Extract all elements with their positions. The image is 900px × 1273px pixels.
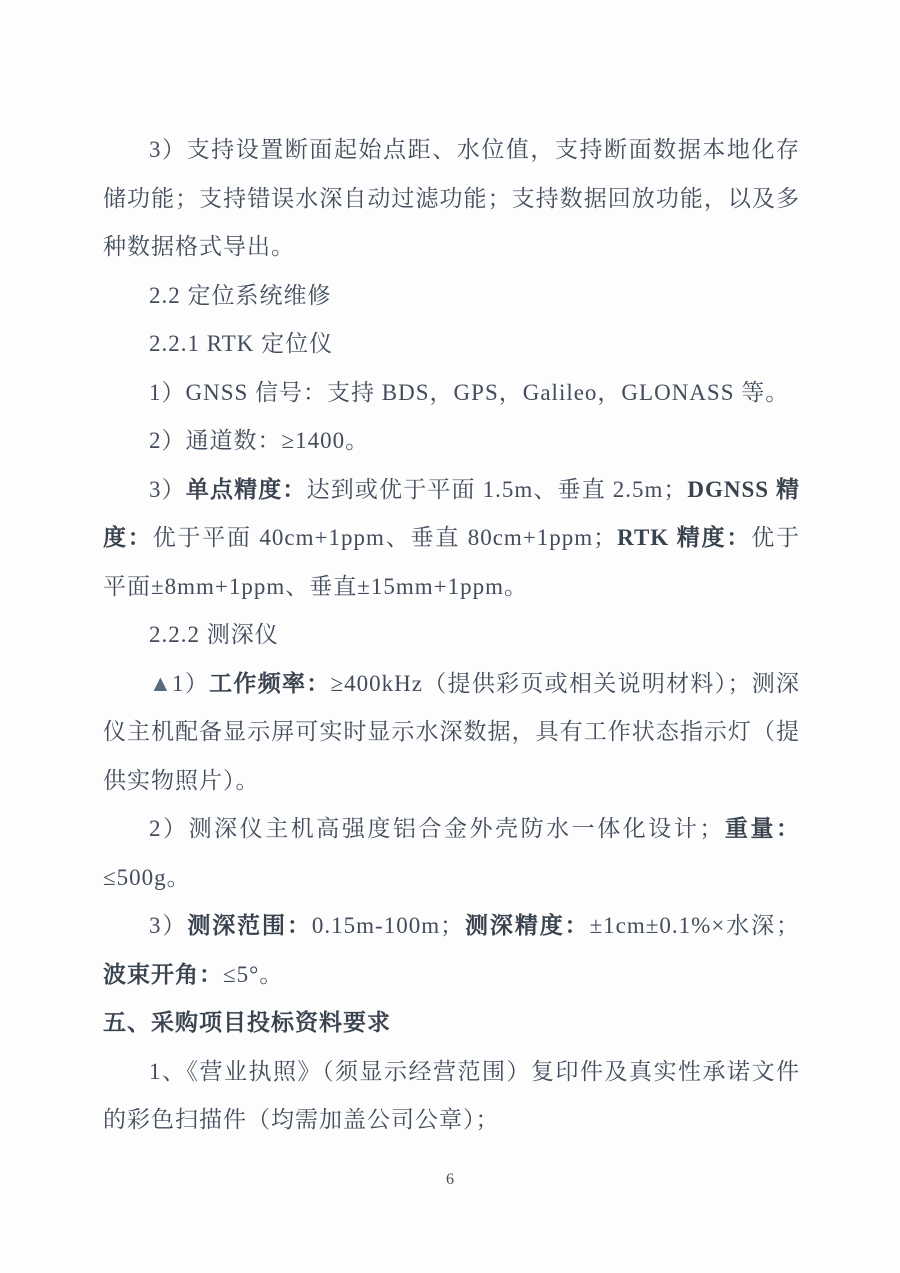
text-run: 2）通道数：≥1400。 bbox=[149, 428, 369, 453]
para-working-frequency: ▲1）工作频率：≥400kHz（提供彩页或相关说明材料）；测深仪主机配备显示屏可… bbox=[103, 660, 800, 806]
bold-label-working-frequency: 工作频率： bbox=[209, 671, 330, 696]
black-triangle-icon: ▲ bbox=[149, 671, 172, 696]
para-business-license: 1、《营业执照》（须显示经营范围）复印件及真实性承诺文件的彩色扫描件（均需加盖公… bbox=[103, 1048, 800, 1145]
bold-label-depth-range: 测深范围： bbox=[187, 913, 312, 938]
para-housing-weight: 2）测深仪主机高强度铝合金外壳防水一体化设计；重量：≤500g。 bbox=[103, 805, 800, 902]
bold-label-single-point-accuracy: 单点精度： bbox=[186, 477, 307, 502]
text-run: 优于平面 40cm+1ppm、垂直 80cm+1ppm； bbox=[153, 525, 618, 550]
para-channel-count: 2）通道数：≥1400。 bbox=[103, 417, 800, 466]
para-gnss-signal: 1）GNSS 信号：支持 BDS，GPS，Galileo，GLONASS 等。 bbox=[103, 369, 800, 418]
bold-label-weight: 重量： bbox=[723, 816, 800, 841]
heading-2-2-2: 2.2.2 测深仪 bbox=[103, 611, 800, 660]
text-run: ≤5°。 bbox=[223, 962, 283, 987]
text-run: 0.15m-100m； bbox=[312, 913, 464, 938]
text-run: 3） bbox=[149, 913, 187, 938]
para-positioning-accuracy: 3）单点精度：达到或优于平面 1.5m、垂直 2.5m；DGNSS 精度：优于平… bbox=[103, 466, 800, 612]
text-run: 2）测深仪主机高强度铝合金外壳防水一体化设计； bbox=[149, 816, 723, 841]
heading-text: 2.2.2 测深仪 bbox=[149, 622, 279, 647]
document-content: 3）支持设置断面起始点距、水位值，支持断面数据本地化存储功能；支持错误水深自动过… bbox=[103, 126, 800, 1145]
bold-label-beam-angle: 波束开角： bbox=[103, 962, 223, 987]
heading-section-5: 五、采购项目投标资料要求 bbox=[103, 999, 800, 1048]
text-run: 3）支持设置断面起始点距、水位值，支持断面数据本地化存储功能；支持错误水深自动过… bbox=[103, 137, 800, 259]
heading-2-2-1: 2.2.1 RTK 定位仪 bbox=[103, 320, 800, 369]
heading-text: 2.2.1 RTK 定位仪 bbox=[149, 331, 333, 356]
bold-label-rtk-accuracy: RTK 精度： bbox=[617, 525, 751, 550]
document-page: 3）支持设置断面起始点距、水位值，支持断面数据本地化存储功能；支持错误水深自动过… bbox=[0, 0, 900, 1273]
heading-text: 五、采购项目投标资料要求 bbox=[103, 1010, 391, 1035]
text-run: ≤500g。 bbox=[103, 865, 191, 890]
para-data-export-item3: 3）支持设置断面起始点距、水位值，支持断面数据本地化存储功能；支持错误水深自动过… bbox=[103, 126, 800, 272]
text-run: 3） bbox=[149, 477, 186, 502]
text-run: 1、《营业执照》（须显示经营范围）复印件及真实性承诺文件的彩色扫描件（均需加盖公… bbox=[103, 1059, 800, 1133]
bold-label-depth-accuracy: 测深精度： bbox=[464, 913, 589, 938]
text-run: 1） bbox=[172, 671, 209, 696]
page-number: 6 bbox=[0, 1168, 900, 1192]
heading-2-2: 2.2 定位系统维修 bbox=[103, 272, 800, 321]
para-depth-range-accuracy: 3）测深范围：0.15m-100m；测深精度：±1cm±0.1%×水深；波束开角… bbox=[103, 902, 800, 999]
heading-text: 2.2 定位系统维修 bbox=[149, 283, 332, 308]
text-run: 达到或优于平面 1.5m、垂直 2.5m； bbox=[307, 477, 688, 502]
text-run: ±1cm±0.1%×水深； bbox=[590, 913, 800, 938]
text-run: 1）GNSS 信号：支持 BDS，GPS，Galileo，GLONASS 等。 bbox=[149, 380, 789, 405]
